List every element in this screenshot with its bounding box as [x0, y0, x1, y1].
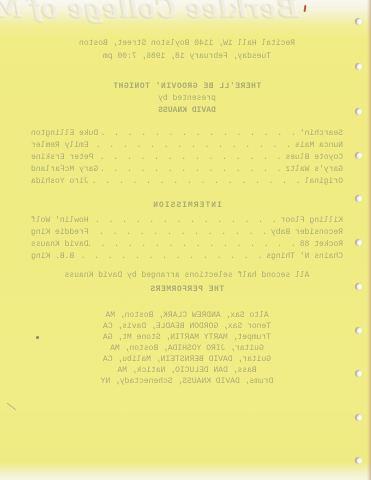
program-row: Nunca Mais . . . . . . . . . . . . . . .…: [31, 141, 343, 153]
composer-name: Freddie King: [31, 228, 89, 237]
presenter-name: DAVID KNAUSS: [31, 105, 343, 117]
performer-line: Bass, DAN DELUCIO, Natick, MA: [31, 365, 343, 376]
punch-hole: [355, 457, 362, 464]
song-title: Gary's Waltz: [285, 165, 343, 174]
punch-hole: [355, 414, 362, 421]
punch-hole: [355, 195, 362, 202]
title-block: THERE'LL BE GROOVIN' TONIGHT presented b…: [31, 81, 343, 117]
song-title: Searchin': [300, 129, 343, 138]
performers-heading: THE PERFORMERS: [31, 285, 343, 294]
berklee-logo: Berklee College of Music: [0, 0, 299, 24]
show-title: THERE'LL BE GROOVIN' TONIGHT: [31, 81, 343, 93]
performer-line: Trumpet, MARTY MARTIN, Stone Mt, GA: [31, 332, 343, 343]
composer-name: Emily Remler: [31, 141, 89, 150]
composer-name: B.B. King: [31, 252, 74, 261]
composer-name: Howlin' Wolf: [31, 216, 89, 225]
punch-hole: [355, 108, 362, 115]
composer-name: Jiro Yoshida: [31, 177, 89, 186]
program-row: Original . . . . . . . . . . . . . . . .…: [31, 177, 343, 189]
song-title: Reconsider Baby: [271, 228, 343, 237]
punch-hole: [355, 327, 362, 334]
song-title: Killing Floor: [281, 216, 343, 225]
mirrored-bleedthrough-layer: Berklee College of Music Recital Hall 1W…: [0, 0, 371, 480]
punch-hole: [355, 63, 362, 70]
venue-block: Recital Hall 1W, 1140 Boylston Street, B…: [31, 37, 343, 63]
performers-list: Alto Sax, ANDREW CLARK, Boston, MA Tenor…: [31, 310, 343, 387]
dot-leader: . . . . . . . . . . . . . . . . . . . . …: [98, 165, 285, 174]
song-title: Coyote Blues: [285, 153, 343, 162]
dot-leader: . . . . . . . . . . . . . . . . . . . . …: [93, 153, 285, 162]
performer-line: Alto Sax, ANDREW CLARK, Boston, MA: [31, 310, 343, 321]
venue-line: Recital Hall 1W, 1140 Boylston Street, B…: [31, 37, 343, 50]
dot-leader: . . . . . . . . . . . . . . . . . . . . …: [89, 216, 281, 225]
program-row: Chains N' Things . . . . . . . . . . . .…: [31, 252, 343, 264]
program-row: Coyote Blues . . . . . . . . . . . . . .…: [31, 153, 343, 165]
program-first-half: Searchin' . . . . . . . . . . . . . . . …: [31, 129, 343, 189]
song-title: Nunca Mais: [295, 141, 343, 150]
performer-line: Guitar, JIRO YOSHIDA, Boston, MA: [31, 343, 343, 354]
program-row: Reconsider Baby . . . . . . . . . . . . …: [31, 228, 343, 240]
program-row: Searchin' . . . . . . . . . . . . . . . …: [31, 129, 343, 141]
punch-hole: [355, 283, 362, 290]
arranger-note: All second half selections arranged by D…: [31, 271, 343, 280]
performer-line: Tenor Sax, GORDON BEADLE, Davis, CA: [31, 321, 343, 332]
composer-name: Duke Ellington: [31, 129, 98, 138]
punch-hole: [355, 239, 362, 246]
program-row: Killing Floor . . . . . . . . . . . . . …: [31, 216, 343, 228]
performer-line: Drums, DAVID KNAUSS, Schenectady, NY: [31, 376, 343, 387]
presented-by-label: presented by: [31, 93, 343, 105]
punch-hole: [355, 18, 362, 25]
date-line: Tuesday, February 18, 1986, 7:00 pm: [31, 50, 343, 63]
song-title: Rocket 88: [300, 240, 343, 249]
composer-name: Gary McFarland: [31, 165, 98, 174]
song-title: Chains N' Things: [266, 252, 343, 261]
dot-leader: . . . . . . . . . . . . . . . . . . . . …: [89, 177, 305, 186]
dot-leader: . . . . . . . . . . . . . . . . . . . . …: [74, 252, 266, 261]
program-row: Rocket 88 . . . . . . . . . . . . . . . …: [31, 240, 343, 252]
punch-hole: [355, 370, 362, 377]
page-right-edge: [367, 0, 371, 480]
composer-name: Peter Erskine: [31, 153, 93, 162]
intermission-label: INTERMISSION: [31, 201, 343, 210]
composer-name: David Knauss: [31, 240, 89, 249]
punch-hole: [355, 152, 362, 159]
program-second-half: Killing Floor . . . . . . . . . . . . . …: [31, 216, 343, 264]
program-row: Gary's Waltz . . . . . . . . . . . . . .…: [31, 165, 343, 177]
song-title: Original: [305, 177, 343, 186]
dot-leader: . . . . . . . . . . . . . . . . . . . . …: [89, 240, 300, 249]
dot-leader: . . . . . . . . . . . . . . . . . . . . …: [98, 129, 300, 138]
dot-leader: . . . . . . . . . . . . . . . . . . . . …: [89, 141, 295, 150]
performer-line: Guitar, DAVID BERNSTEIN, Malibu, CA: [31, 354, 343, 365]
scanned-program-page: Berklee College of Music Recital Hall 1W…: [0, 0, 371, 480]
ink-speck: [36, 336, 39, 339]
dot-leader: . . . . . . . . . . . . . . . . . . . . …: [89, 228, 271, 237]
